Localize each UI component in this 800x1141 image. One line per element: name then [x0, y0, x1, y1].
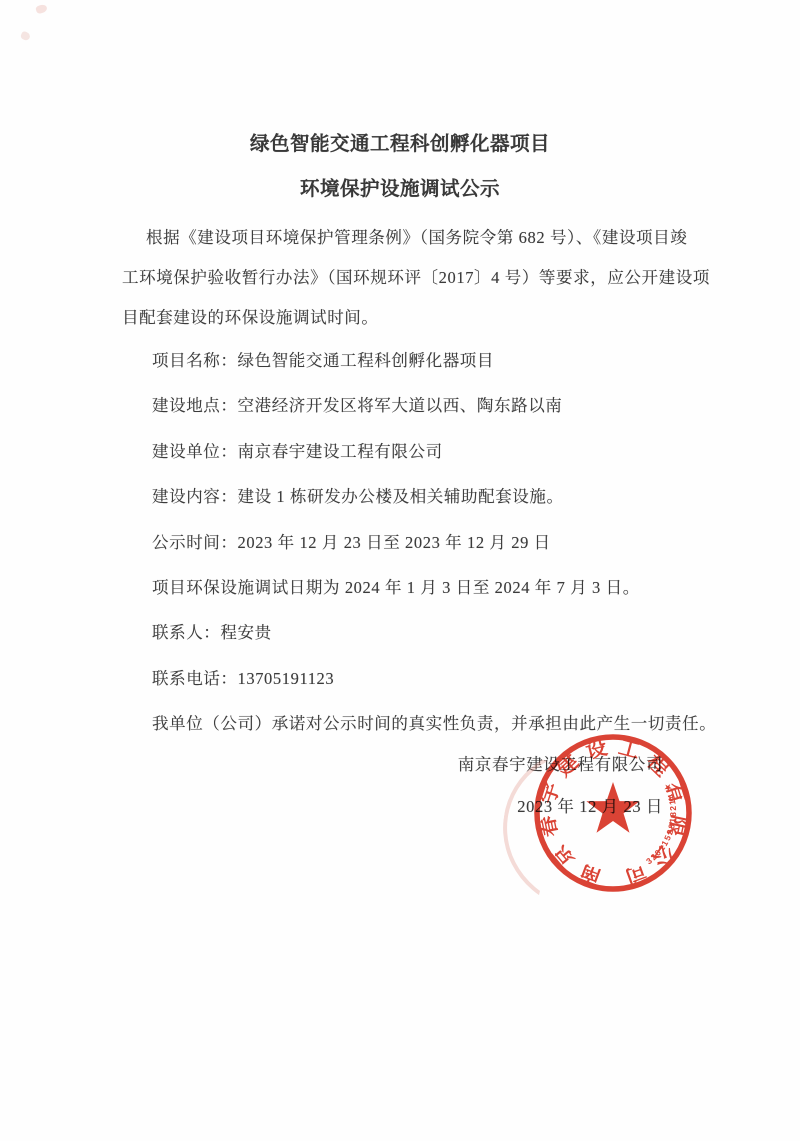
- item-project-location: 建设地点：空港经济开发区将军大道以西、陶东路以南: [122, 383, 800, 428]
- item-commitment: 我单位（公司）承诺对公示时间的真实性负责，并承担由此产生一切责任。: [122, 701, 800, 746]
- seal-star: [586, 782, 639, 833]
- intro-paragraph: 根据《建设项目环境保护管理条例》（国务院令第 682 号）、《建设项目竣 工环境…: [122, 218, 800, 338]
- item-project-name: 项目名称：绿色智能交通工程科创孵化器项目: [122, 338, 800, 383]
- paragraph-line: 工环境保护验收暂行办法》（国环规环评〔2017〕4 号）等要求，应公开建设项: [122, 258, 800, 298]
- item-notice-period: 公示时间：2023 年 12 月 23 日至 2023 年 12 月 29 日: [122, 520, 800, 565]
- document-page: 绿色智能交通工程科创孵化器项目 环境保护设施调试公示 根据《建设项目环境保护管理…: [0, 0, 800, 1141]
- notice-detail-list: 项目名称：绿色智能交通工程科创孵化器项目 建设地点：空港经济开发区将军大道以西、…: [122, 338, 800, 747]
- item-construction-scope: 建设内容：建设 1 栋研发办公楼及相关辅助配套设施。: [122, 474, 800, 519]
- document-title-line2: 环境保护设施调试公示: [0, 177, 800, 203]
- company-seal: 南京春宇建设工程有限公司 3201152818214★: [533, 733, 693, 893]
- paragraph-line: 目配套建设的环保设施调试时间。: [122, 298, 800, 338]
- item-contact-phone: 联系电话：13705191123: [122, 656, 800, 701]
- item-contact-person: 联系人：程安贵: [122, 610, 800, 655]
- document-title-line1: 绿色智能交通工程科创孵化器项目: [0, 0, 800, 158]
- item-debug-period: 项目环保设施调试日期为 2024 年 1 月 3 日至 2024 年 7 月 3…: [122, 565, 800, 610]
- item-construction-unit: 建设单位：南京春宇建设工程有限公司: [122, 429, 800, 474]
- paragraph-line: 根据《建设项目环境保护管理条例》（国务院令第 682 号）、《建设项目竣: [122, 218, 800, 258]
- document-body: 根据《建设项目环境保护管理条例》（国务院令第 682 号）、《建设项目竣 工环境…: [122, 218, 800, 747]
